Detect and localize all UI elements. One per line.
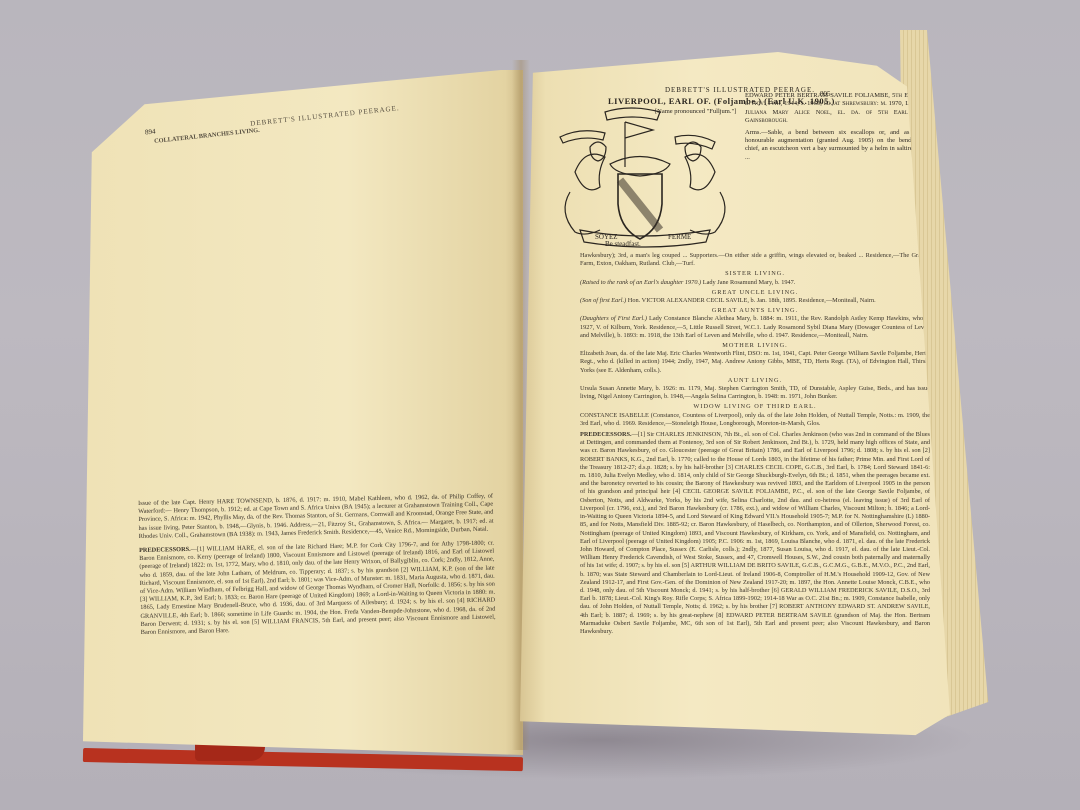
supporters-and-residence: Hawkesbury); 3rd, a man's leg couped ...… (580, 252, 930, 268)
section-text: CONSTANCE ISABELLE (Constance, Countess … (580, 412, 930, 428)
current-peer-entry: EDWARD PETER BERTRAM SAVILE FOLJAMBE, 5t… (745, 92, 920, 126)
section-note: (Daughters of First Earl.) (580, 315, 647, 322)
peer-entry-column: EDWARD PETER BERTRAM SAVILE FOLJAMBE, 5t… (745, 92, 920, 162)
section-text: Ursula Susan Annette Mary, b. 1926: m. 1… (580, 385, 930, 401)
section-text: Hon. VICTOR ALEXANDER CECIL SAVILE, b. J… (628, 297, 876, 304)
section-heading: GREAT AUNTS LIVING. (580, 307, 930, 315)
left-body-excerpt: Issue of the late Capt. Henry HARE TOWNS… (138, 493, 494, 541)
left-predecessors-label: PREDECESSORS. (139, 546, 191, 554)
left-page-upper-text: DEBRETT'S ILLUSTRATED PEERAGE. COLLATERA… (153, 94, 498, 146)
family-section: AUNT LIVING. Ursula Susan Annette Mary, … (580, 377, 930, 402)
right-predecessors-label: PREDECESSORS. (580, 431, 632, 438)
section-note: (Raised to the rank of an Earl's daughte… (580, 279, 701, 286)
section-text: Elizabeth Joan, da. of the late Maj. Eri… (580, 350, 930, 375)
family-section: WIDOW LIVING OF THIRD EARL. CONSTANCE IS… (580, 403, 930, 428)
arms-description: Arms.—Sable, a bend between six escallop… (745, 129, 920, 163)
scroll-motto-right: FERME (668, 233, 691, 241)
left-page: 894 DEBRETT'S ILLUSTRATED PEERAGE. COLLA… (83, 70, 523, 755)
section-heading: SISTER LIVING. (580, 270, 930, 278)
left-predecessors-text: —[1] WILLIAM HARE, el. son of the late R… (139, 540, 495, 636)
crest-motto-caption: Be steadfast. (605, 240, 641, 248)
left-page-body-text: Issue of the late Capt. Henry HARE TOWNS… (138, 493, 496, 638)
right-page: DEBRETT'S ILLUSTRATED PEERAGE. 895 LIVER… (520, 52, 950, 742)
section-heading: WIDOW LIVING OF THIRD EARL. (580, 403, 930, 411)
coat-of-arms-illustration: SOYEZ FERME (550, 102, 740, 252)
section-note: (Son of first Earl.) (580, 297, 626, 304)
section-text: Lady Jane Rosamund Mary, b. 1947. (703, 279, 796, 286)
section-heading: AUNT LIVING. (580, 377, 930, 385)
left-running-head: DEBRETT'S ILLUSTRATED PEERAGE. (153, 94, 497, 138)
family-section: MOTHER LIVING. Elizabeth Joan, da. of th… (580, 342, 930, 375)
right-predecessors-paragraph: PREDECESSORS.—[1] Sir CHARLES JENKINSON,… (580, 431, 930, 636)
left-predecessors-paragraph: PREDECESSORS.—[1] WILLIAM HARE, el. son … (139, 540, 496, 638)
right-predecessors-text: —[1] Sir CHARLES JENKINSON, 7th Bt., el.… (580, 431, 930, 635)
right-page-body-text: Hawkesbury); 3rd, a man's leg couped ...… (580, 252, 930, 636)
section-heading: GREAT UNCLE LIVING. (580, 289, 930, 297)
family-section: GREAT UNCLE LIVING. (Son of first Earl.)… (580, 289, 930, 305)
family-section: GREAT AUNTS LIVING. (Daughters of First … (580, 307, 930, 340)
family-section: SISTER LIVING. (Raised to the rank of an… (580, 270, 930, 286)
section-heading: MOTHER LIVING. (580, 342, 930, 350)
